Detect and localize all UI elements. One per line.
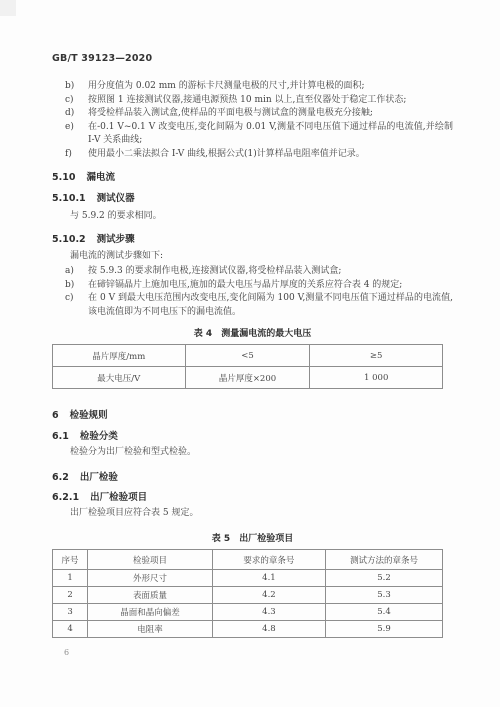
table-cell: 4.3 [212,604,325,621]
table-header-row: 序号 检验项目 要求的章条号 测试方法的章条号 [53,550,443,570]
section-title: 漏电流 [86,171,115,184]
table-row: 2 表面质量 4.2 5.3 [53,587,443,604]
document-page: GB/T 39123—2020 b) 用分度值为 0.02 mm 的游标卡尺测量… [52,0,453,638]
list-item-label: b) [65,279,88,293]
table-cell: 5.2 [325,570,442,587]
list-item-text: 按 5.9.3 的要求制作电极,连接测试仪器,将受检样品装入测试盒; [88,265,453,279]
list-item-text: 将受检样品装入测试盒,使样品的平面电极与测试盒的测量电极充分接触; [88,107,453,121]
table-cell: 5.9 [325,621,442,638]
section-heading-6-2-1: 6.2.1 出厂检验项目 [52,491,453,504]
list-item-label: a) [65,265,88,279]
table-cell: ≥5 [310,345,443,367]
table-cell: 4.2 [212,587,325,604]
table-header-cell: 要求的章条号 [212,550,325,570]
section-number: 6.2 [52,471,69,484]
table-header-cell: 检验项目 [88,550,213,570]
table-header-cell: 序号 [53,550,88,570]
section-number: 5.10.1 [52,192,86,205]
list-item: b) 用分度值为 0.02 mm 的游标卡尺测量电极的尺寸,并计算电极的面积; [52,80,453,94]
table-cell: 1 [53,570,88,587]
table5-caption: 表 5 出厂检验项目 [52,533,453,546]
table-row: 最大电压/V 晶片厚度×200 1 000 [53,367,443,389]
section-heading-6: 6 检验规则 [52,409,453,422]
table-row: 4 电阻率 4.8 5.9 [53,621,443,638]
table-cell: 5.4 [325,604,442,621]
paragraph-5-10-2-intro: 漏电流的测试步骤如下: [52,250,453,264]
page-number: 6 [64,648,69,657]
leakage-step-list: a) 按 5.9.3 的要求制作电极,连接测试仪器,将受检样品装入测试盒; b)… [52,265,453,319]
table-cell: 最大电压/V [53,367,186,389]
table-caption-number: 表 4 [194,328,212,341]
list-item-text: 用分度值为 0.02 mm 的游标卡尺测量电极的尺寸,并计算电极的面积; [88,80,453,94]
table-cell: 2 [53,587,88,604]
table-cell: 外形尺寸 [88,570,213,587]
section-heading-6-2: 6.2 出厂检验 [52,471,453,484]
section-title: 检验规则 [70,409,108,422]
table-caption-title: 出厂检验项目 [239,533,293,546]
table-row: 3 晶面和晶向偏差 4.3 5.4 [53,604,443,621]
section-heading-5-10-1: 5.10.1 测试仪器 [52,192,453,205]
list-item: c) 在 0 V 到最大电压范围内改变电压,变化间隔为 100 V,测量不同电压… [52,292,453,319]
section-number: 5.10.2 [52,233,86,246]
table-cell: 晶片厚度/mm [53,345,186,367]
section-title: 出厂检验项目 [90,491,147,504]
paragraph-6-1: 检验分为出厂检验和型式检验。 [52,446,453,460]
section-title: 测试步骤 [97,233,135,246]
list-item-label: e) [65,121,88,148]
list-item: c) 按照图 1 连接测试仪器,接通电源预热 10 min 以上,直至仪器处于稳… [52,94,453,108]
list-item-text: 在碲锌镉晶片上施加电压,施加的最大电压与晶片厚度的关系应符合表 4 的规定; [88,279,453,293]
scan-edge-artifact [0,0,16,16]
section-title: 测试仪器 [97,192,135,205]
list-item: f) 使用最小二乘法拟合 I-V 曲线,根据公式(1)计算样品电阻率值并记录。 [52,148,453,162]
resistivity-step-list: b) 用分度值为 0.02 mm 的游标卡尺测量电极的尺寸,并计算电极的面积; … [52,80,453,161]
list-item-text: 使用最小二乘法拟合 I-V 曲线,根据公式(1)计算样品电阻率值并记录。 [88,148,453,162]
section-number: 6 [52,409,59,422]
section-number: 6.2.1 [52,491,79,504]
table4-caption: 表 4 测量漏电流的最大电压 [52,328,453,341]
paragraph-5-10-1: 与 5.9.2 的要求相同。 [52,210,453,224]
table-cell: 晶片厚度×200 [185,367,310,389]
list-item-label: c) [65,94,88,108]
table-caption-title: 测量漏电流的最大电压 [221,328,311,341]
section-number: 5.10 [52,171,75,184]
list-item-label: b) [65,80,88,94]
standard-number-header: GB/T 39123—2020 [52,53,453,64]
list-item-label: c) [65,292,88,319]
table-cell: 4 [53,621,88,638]
table-cell: 4.1 [212,570,325,587]
table-header-cell: 测试方法的章条号 [325,550,442,570]
table-max-voltage: 晶片厚度/mm <5 ≥5 最大电压/V 晶片厚度×200 1 000 [52,344,443,389]
table-cell: 1 000 [310,367,443,389]
table-row: 1 外形尺寸 4.1 5.2 [53,570,443,587]
list-item: b) 在碲锌镉晶片上施加电压,施加的最大电压与晶片厚度的关系应符合表 4 的规定… [52,279,453,293]
section-heading-6-1: 6.1 检验分类 [52,430,453,443]
section-number: 6.1 [52,430,69,443]
table-row: 晶片厚度/mm <5 ≥5 [53,345,443,367]
table-cell: 4.8 [212,621,325,638]
section-heading-5-10: 5.10 漏电流 [52,171,453,184]
list-item-text: 在-0.1 V~0.1 V 改变电压,变化间隔为 0.01 V,测量不同电压值下… [88,121,453,148]
list-item: e) 在-0.1 V~0.1 V 改变电压,变化间隔为 0.01 V,测量不同电… [52,121,453,148]
list-item: d) 将受检样品装入测试盒,使样品的平面电极与测试盒的测量电极充分接触; [52,107,453,121]
section-heading-5-10-2: 5.10.2 测试步骤 [52,233,453,246]
list-item-text: 按照图 1 连接测试仪器,接通电源预热 10 min 以上,直至仪器处于稳定工作… [88,94,453,108]
table-cell: 晶面和晶向偏差 [88,604,213,621]
table-caption-number: 表 5 [212,533,230,546]
paragraph-6-2-1: 出厂检验项目应符合表 5 规定。 [52,507,453,521]
table-cell: 电阻率 [88,621,213,638]
table-cell: 表面质量 [88,587,213,604]
table-cell: 3 [53,604,88,621]
list-item-label: f) [65,148,88,162]
table-cell: 5.3 [325,587,442,604]
list-item-label: d) [65,107,88,121]
table-cell: <5 [185,345,310,367]
list-item: a) 按 5.9.3 的要求制作电极,连接测试仪器,将受检样品装入测试盒; [52,265,453,279]
section-title: 检验分类 [80,430,118,443]
table-factory-inspection: 序号 检验项目 要求的章条号 测试方法的章条号 1 外形尺寸 4.1 5.2 2… [52,549,443,638]
list-item-text: 在 0 V 到最大电压范围内改变电压,变化间隔为 100 V,测量不同电压值下通… [88,292,453,319]
section-title: 出厂检验 [80,471,118,484]
